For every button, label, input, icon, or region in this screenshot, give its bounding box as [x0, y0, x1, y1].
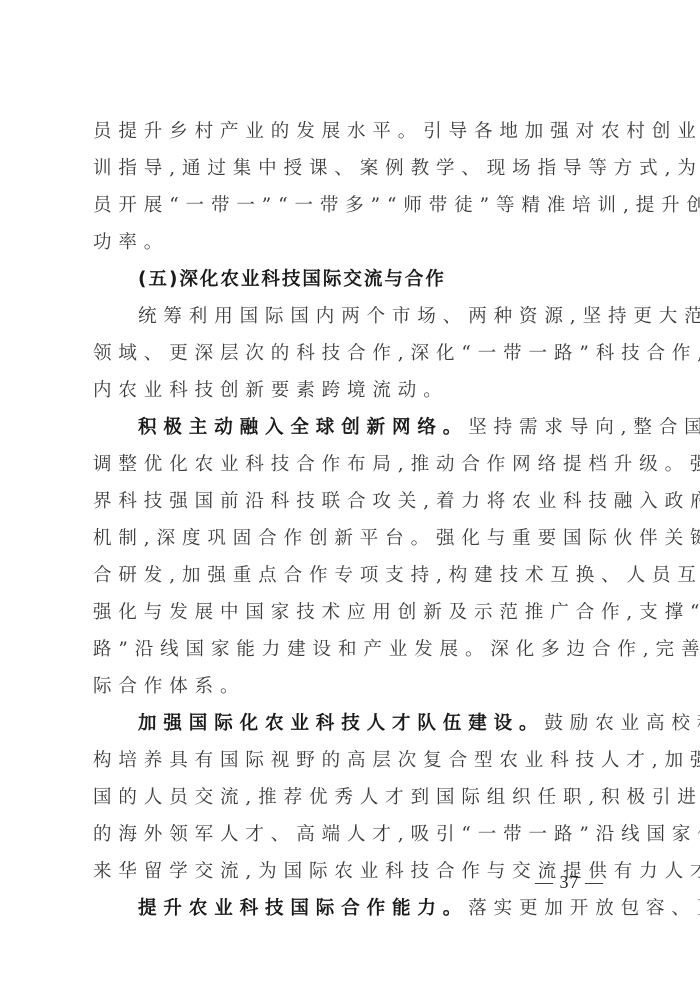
text-line: 员提升乡村产业的发展水平。引导各地加强对农村创业人员的培: [93, 113, 607, 150]
paragraph-text: 鼓励农业高校和科研机: [544, 713, 700, 734]
text-line: 际合作体系。: [93, 668, 607, 705]
paragraph-first-line: 加强国际化农业科技人才队伍建设。鼓励农业高校和科研机: [93, 705, 607, 742]
text-line: 合研发,加强重点合作专项支持,构建技术互换、人员互通机制。: [93, 557, 607, 594]
paragraph-lead-bold: 提升农业科技国际合作能力。: [138, 898, 468, 919]
paragraph-first-line: 积极主动融入全球创新网络。坚持需求导向,整合国内资源,: [93, 409, 607, 446]
text-line: 构培养具有国际视野的高层次复合型农业科技人才,加强与合作: [93, 742, 607, 779]
paragraph-lead-bold: 加强国际化农业科技人才队伍建设。: [138, 713, 544, 734]
paragraph-first-line: 提升农业科技国际合作能力。落实更加开放包容、互惠共享: [93, 890, 607, 927]
text-line: 来华留学交流,为国际农业科技合作与交流提供有力人才支撑。: [93, 853, 607, 890]
text-line: 国的人员交流,推荐优秀人才到国际组织任职,积极引进国内紧缺: [93, 779, 607, 816]
text-line: 内农业科技创新要素跨境流动。: [93, 372, 607, 409]
paragraph-text: 坚持需求导向,整合国内资源,: [468, 417, 700, 438]
text-line: 调整优化农业科技合作布局,推动合作网络提档升级。强化与世: [93, 446, 607, 483]
page-number: — 37 —: [535, 872, 604, 893]
text-line: 功率。: [93, 224, 607, 261]
text-line: 路”沿线国家能力建设和产业发展。深化多边合作,完善多层次国: [93, 631, 607, 668]
text-line: 领域、更深层次的科技合作,深化“一带一路”科技合作,促进区域: [93, 335, 607, 372]
text-line: 界科技强国前沿科技联合攻关,着力将农业科技融入政府间对话: [93, 483, 607, 520]
paragraph-text: 落实更加开放包容、互惠共享: [468, 898, 700, 919]
text-line: 员开展“一带一”“一带多”“师带徒”等精准培训,提升创业成: [93, 187, 607, 224]
text-line: 的海外领军人才、高端人才,吸引“一带一路”沿线国家优质生源: [93, 816, 607, 853]
paragraph-lead-bold: 积极主动融入全球创新网络。: [138, 417, 468, 438]
text-line: 统筹利用国际国内两个市场、两种资源,坚持更大范围、更宽: [93, 298, 607, 335]
document-page: 员提升乡村产业的发展水平。引导各地加强对农村创业人员的培 训指导,通过集中授课、…: [93, 113, 607, 927]
text-line: 强化与发展中国家技术应用创新及示范推广合作,支撑“一带一: [93, 594, 607, 631]
section-heading: (五)深化农业科技国际交流与合作: [93, 261, 607, 298]
text-line: 训指导,通过集中授课、案例教学、现场指导等方式,为农村创业人: [93, 150, 607, 187]
text-line: 机制,深度巩固合作创新平台。强化与重要国际伙伴关键技术联: [93, 520, 607, 557]
